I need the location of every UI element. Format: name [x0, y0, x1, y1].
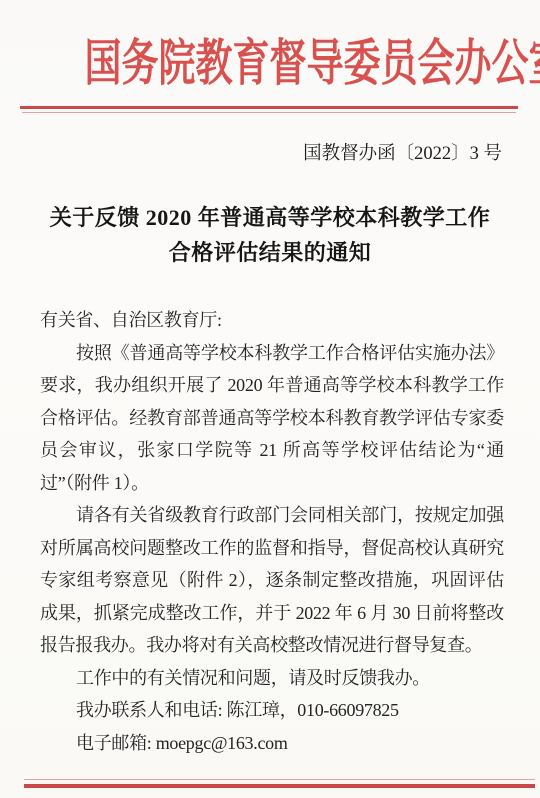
scanned-notice-page: 国务院教育督导委员会办公室 国教督办函〔2022〕3 号 关于反馈 2020 年… [0, 0, 540, 798]
contact-phone-line: 我办联系人和电话: 陈江璋，010-66097825 [40, 694, 504, 727]
notice-title-line1: 关于反馈 2020 年普通高等学校本科教学工作 [0, 200, 540, 235]
notice-title: 关于反馈 2020 年普通高等学校本科教学工作 合格评估结果的通知 [0, 200, 540, 270]
footer-rule-thin [24, 779, 535, 780]
body-paragraph-3: 工作中的有关情况和问题，请及时反馈我办。 [40, 662, 504, 695]
letterhead-rule-thick [20, 106, 518, 109]
contact-email-line: 电子邮箱: moepgc@163.com [40, 727, 504, 760]
letterhead: 国务院教育督导委员会办公室 [0, 34, 540, 92]
notice-title-line2: 合格评估结果的通知 [0, 235, 540, 270]
document-number: 国教督办函〔2022〕3 号 [0, 142, 540, 166]
body-paragraph-2: 请各有关省级教育行政部门会同相关部门，按规定加强对所属高校问题整改工作的监督和指… [40, 499, 504, 662]
letterhead-title: 国务院教育督导委员会办公室 [85, 34, 540, 92]
letterhead-rule-thin [22, 112, 516, 113]
body-paragraph-1: 按照《普通高等学校本科教学工作合格评估实施办法》要求，我办组织开展了 2020 … [40, 337, 504, 500]
footer-rule-thick [24, 784, 535, 788]
notice-body: 有关省、自治区教育厅: 按照《普通高等学校本科教学工作合格评估实施办法》要求，我… [40, 304, 504, 759]
salutation: 有关省、自治区教育厅: [40, 304, 504, 337]
